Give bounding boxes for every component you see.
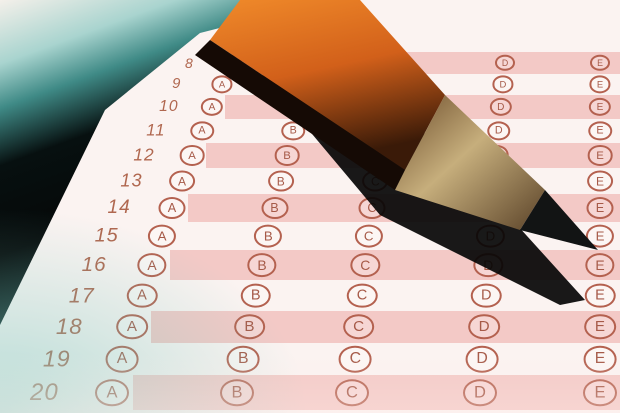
answer-bubble-a[interactable]: A — [106, 346, 139, 372]
answer-bubble-e[interactable]: E — [584, 346, 617, 372]
question-number: 9 — [172, 76, 181, 92]
answer-bubble-d[interactable]: D — [484, 145, 509, 165]
question-number: 19 — [43, 346, 71, 373]
answer-bubble-a[interactable]: A — [180, 145, 205, 165]
answer-bubble-a[interactable]: A — [95, 379, 129, 406]
answer-bubble-e[interactable]: E — [588, 145, 613, 165]
answer-bubble-b[interactable]: B — [282, 121, 306, 140]
answer-row: 8ABCDE — [0, 52, 620, 74]
photo-scene: 8ABCDE9ABCDE10ABCDE11ABCDE12ABCDE13ABCDE… — [0, 0, 620, 413]
question-number: 18 — [56, 314, 83, 340]
answer-bubble-a[interactable]: A — [116, 314, 148, 340]
answer-bubble-c[interactable]: C — [343, 314, 375, 340]
answer-bubble-a[interactable]: A — [222, 55, 242, 71]
answer-bubble-d[interactable]: D — [479, 197, 506, 219]
answer-bubble-d[interactable]: D — [468, 314, 500, 340]
answer-row: 17ABCDE — [0, 280, 620, 311]
question-number: 8 — [185, 55, 194, 71]
answer-bubble-e[interactable]: E — [585, 253, 614, 277]
answer-bubble-a[interactable]: A — [127, 283, 158, 308]
answer-row: 18ABCDE — [0, 311, 620, 343]
answer-bubble-b[interactable]: B — [234, 314, 266, 340]
answer-bubble-c[interactable]: C — [339, 346, 372, 372]
answer-bubble-e[interactable]: E — [584, 314, 616, 340]
question-number: 12 — [133, 145, 154, 166]
answer-bubble-c[interactable]: C — [366, 145, 391, 165]
answer-row: 15ABCDE — [0, 222, 620, 251]
row-shade-band — [206, 143, 620, 169]
row-shade-band — [133, 375, 620, 410]
answer-bubble-e[interactable]: E — [587, 171, 613, 192]
answer-bubble-a[interactable]: A — [148, 225, 176, 248]
question-number: 13 — [120, 171, 142, 192]
question-number: 15 — [95, 225, 119, 248]
answer-bubble-d[interactable]: D — [476, 225, 504, 248]
answer-bubble-e[interactable]: E — [587, 197, 614, 219]
question-number: 11 — [146, 121, 165, 140]
row-shade-band — [151, 311, 620, 343]
question-number: 14 — [108, 197, 131, 219]
answer-row: 20ABCDE — [0, 375, 620, 410]
answer-row: 19ABCDE — [0, 342, 620, 375]
answer-bubble-c[interactable]: C — [370, 121, 394, 140]
answer-row: 9ABCDE — [0, 73, 620, 96]
question-number: 16 — [82, 253, 107, 277]
answer-bubble-a[interactable]: A — [159, 197, 186, 219]
question-number: 20 — [30, 379, 59, 407]
answer-bubble-e[interactable]: E — [585, 283, 616, 308]
answer-bubble-b[interactable]: B — [247, 253, 276, 277]
answer-bubble-d[interactable]: D — [482, 171, 508, 192]
answer-bubble-c[interactable]: C — [359, 197, 386, 219]
answer-sheet: 8ABCDE9ABCDE10ABCDE11ABCDE12ABCDE13ABCDE… — [0, 0, 620, 413]
answer-bubble-a[interactable]: A — [201, 98, 223, 116]
answer-bubble-e[interactable]: E — [589, 76, 610, 93]
answer-bubble-d[interactable]: D — [466, 346, 499, 372]
answer-bubble-d[interactable]: D — [471, 283, 502, 308]
row-shade-band — [225, 95, 620, 119]
answer-bubble-c[interactable]: C — [347, 283, 378, 308]
answer-row: 16ABCDE — [0, 250, 620, 280]
answer-row: 13ABCDE — [0, 168, 620, 195]
answer-bubble-a[interactable]: A — [211, 76, 232, 93]
question-number: 10 — [159, 98, 178, 116]
answer-bubble-b[interactable]: B — [275, 145, 300, 165]
answer-bubble-d[interactable]: D — [487, 121, 511, 140]
answer-bubble-a[interactable]: A — [169, 171, 195, 192]
answer-bubble-d[interactable]: D — [474, 253, 503, 277]
answer-row: 12ABCDE — [0, 143, 620, 169]
answer-row: 14ABCDE — [0, 194, 620, 222]
answer-bubble-b[interactable]: B — [254, 225, 282, 248]
answer-bubble-b[interactable]: B — [241, 283, 272, 308]
answer-bubble-b[interactable]: B — [295, 76, 316, 93]
answer-row: 11ABCDE — [0, 118, 620, 143]
answer-row: 10ABCDE — [0, 95, 620, 119]
answer-bubble-e[interactable]: E — [588, 121, 612, 140]
answer-bubble-b[interactable]: B — [261, 197, 288, 219]
answer-bubble-c[interactable]: C — [378, 76, 399, 93]
answer-bubble-d[interactable]: D — [492, 76, 513, 93]
answer-bubble-c[interactable]: C — [355, 225, 383, 248]
answer-bubble-c[interactable]: C — [362, 171, 388, 192]
row-shade-band — [188, 194, 620, 222]
row-shade-band — [243, 52, 620, 74]
answer-bubble-a[interactable]: A — [190, 121, 214, 140]
answer-bubble-a[interactable]: A — [137, 253, 166, 277]
answer-bubble-b[interactable]: B — [227, 346, 260, 372]
row-shade-band — [170, 250, 620, 280]
answer-bubble-c[interactable]: C — [351, 253, 380, 277]
question-number: 17 — [69, 283, 95, 308]
answer-bubble-b[interactable]: B — [268, 171, 294, 192]
answer-bubble-e[interactable]: E — [586, 225, 614, 248]
